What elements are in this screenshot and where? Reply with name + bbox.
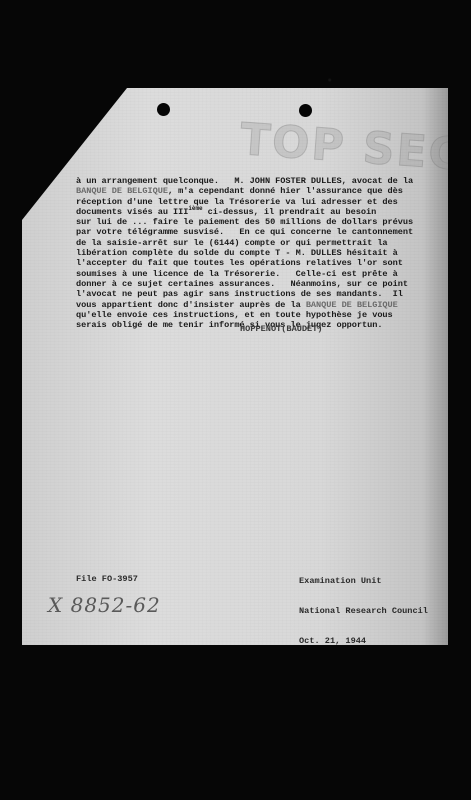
text-run: serais obligé de me tenir informé si vou… [76, 320, 382, 330]
text-run: donner à ce sujet certaines assurances. … [76, 279, 408, 289]
text-run: l'accepter du fait que toutes les opérat… [76, 258, 403, 268]
punch-hole [299, 104, 312, 117]
text-run: à un arrangement quelconque. M. JOHN FOS… [76, 176, 413, 186]
body-line: à un arrangement quelconque. M. JOHN FOS… [76, 176, 446, 186]
letter-body: à un arrangement quelconque. M. JOHN FOS… [76, 176, 446, 330]
body-line: l'avocat ne peut pas agir sans instructi… [76, 289, 446, 299]
document-page: TOP SECRET à un arrangement quelconque. … [22, 88, 448, 645]
text-run: libération complète du solde du compte T… [76, 248, 398, 258]
text-run: ci-dessus, il prendrait au besoin [203, 207, 377, 217]
body-line: BANQUE DE BELGIQUE, m'a cependant donné … [76, 186, 446, 196]
text-run: par votre télégramme susvisé. En ce qui … [76, 227, 413, 237]
footer-council: National Research Council [299, 606, 428, 616]
body-line: qu'elle envoie ces instructions, et en t… [76, 310, 446, 320]
signature: HOPPENOT(BAUDET) [240, 324, 323, 334]
superscript-text: ième [188, 205, 202, 212]
text-run: réception d'une lettre que la Trésorerie… [76, 197, 398, 207]
body-line: de la saisie-arrêt sur le (6144) compte … [76, 238, 446, 248]
text-run: de la saisie-arrêt sur le (6144) compte … [76, 238, 388, 248]
body-line: sur lui de ... faire le paiement des 50 … [76, 217, 446, 227]
handwritten-note: X 8852-62 [48, 593, 161, 617]
text-run: sur lui de ... faire le paiement des 50 … [76, 217, 413, 227]
body-line: documents visés au IIIième ci-dessus, il… [76, 207, 446, 217]
file-reference: File FO-3957 [76, 574, 138, 584]
body-line: l'accepter du fait que toutes les opérat… [76, 258, 446, 268]
punch-hole [157, 103, 170, 116]
text-run: l'avocat ne peut pas agir sans instructi… [76, 289, 403, 299]
footer-unit: Examination Unit [299, 576, 428, 586]
faded-text: BANQUE DE BELGIQUE [76, 186, 168, 196]
body-line: par votre télégramme susvisé. En ce qui … [76, 227, 446, 237]
body-line: vous appartient donc d'insister auprès d… [76, 300, 446, 310]
footer-date: Oct. 21, 1944 [299, 636, 428, 646]
body-line: soumises à une licence de la Trésorerie.… [76, 269, 446, 279]
text-run: soumises à une licence de la Trésorerie.… [76, 269, 398, 279]
body-line: réception d'une lettre que la Trésorerie… [76, 197, 446, 207]
body-line: donner à ce sujet certaines assurances. … [76, 279, 446, 289]
text-run: qu'elle envoie ces instructions, et en t… [76, 310, 393, 320]
text-run: documents visés au III [76, 207, 188, 217]
text-run: , m'a cependant donné hier l'assurance q… [168, 186, 403, 196]
text-run: vous appartient donc d'insister auprès d… [76, 300, 306, 310]
body-line: libération complète du solde du compte T… [76, 248, 446, 258]
faded-text: BANQUE DE BELGIQUE [306, 300, 398, 310]
